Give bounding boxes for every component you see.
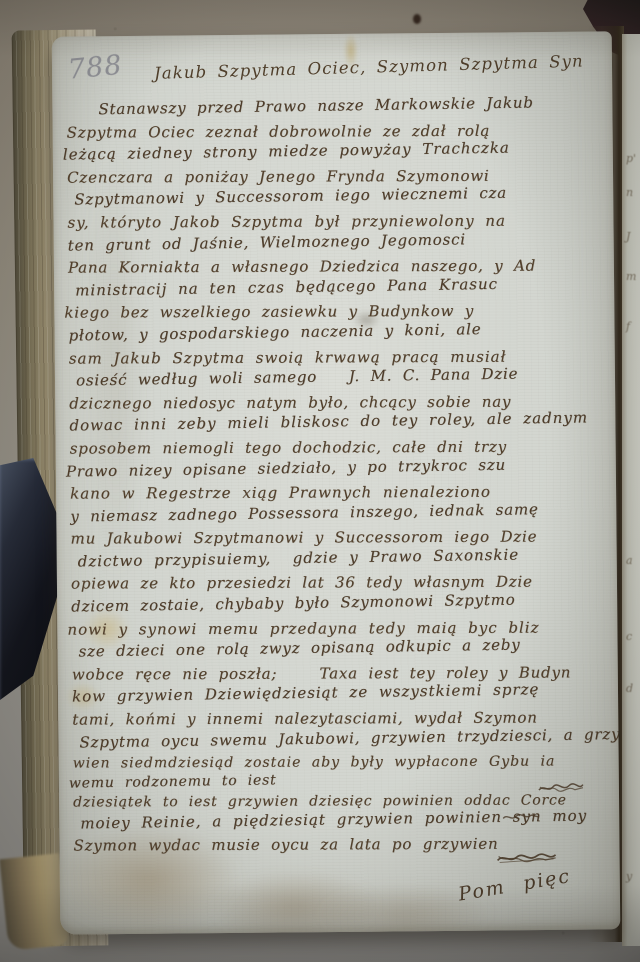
manuscript-body: Stanawszy przed Prawo nasze Markowskie J…	[66, 95, 613, 859]
manuscript-page: 788 Jakub Szpytma Ociec, Szymon Szpytma …	[52, 31, 621, 934]
next-page-text-fragment: n	[626, 186, 633, 199]
debris-speck	[413, 14, 421, 24]
next-page-text-fragment: c	[626, 630, 632, 643]
next-page-sliver: p'nJmfacdy	[622, 34, 640, 946]
next-page-text-fragment: m	[626, 270, 636, 283]
bottom-fore-edge	[0, 853, 69, 951]
next-page-text-fragment: d	[626, 682, 633, 695]
next-page-text-fragment: y	[626, 870, 632, 883]
next-page-text-fragment: J	[626, 230, 630, 243]
next-page-text-fragment: p'	[626, 152, 636, 165]
next-page-text-fragment: f	[626, 320, 630, 333]
next-page-text-fragment: a	[626, 554, 633, 567]
manuscript-line: Szymon wydac musie oycu za lata po grzyw…	[73, 834, 613, 859]
manuscript-photo: p'nJmfacdy 788 Jakub Szpytma Ociec, Szym…	[0, 0, 640, 962]
pencil-page-number: 788	[67, 50, 124, 86]
